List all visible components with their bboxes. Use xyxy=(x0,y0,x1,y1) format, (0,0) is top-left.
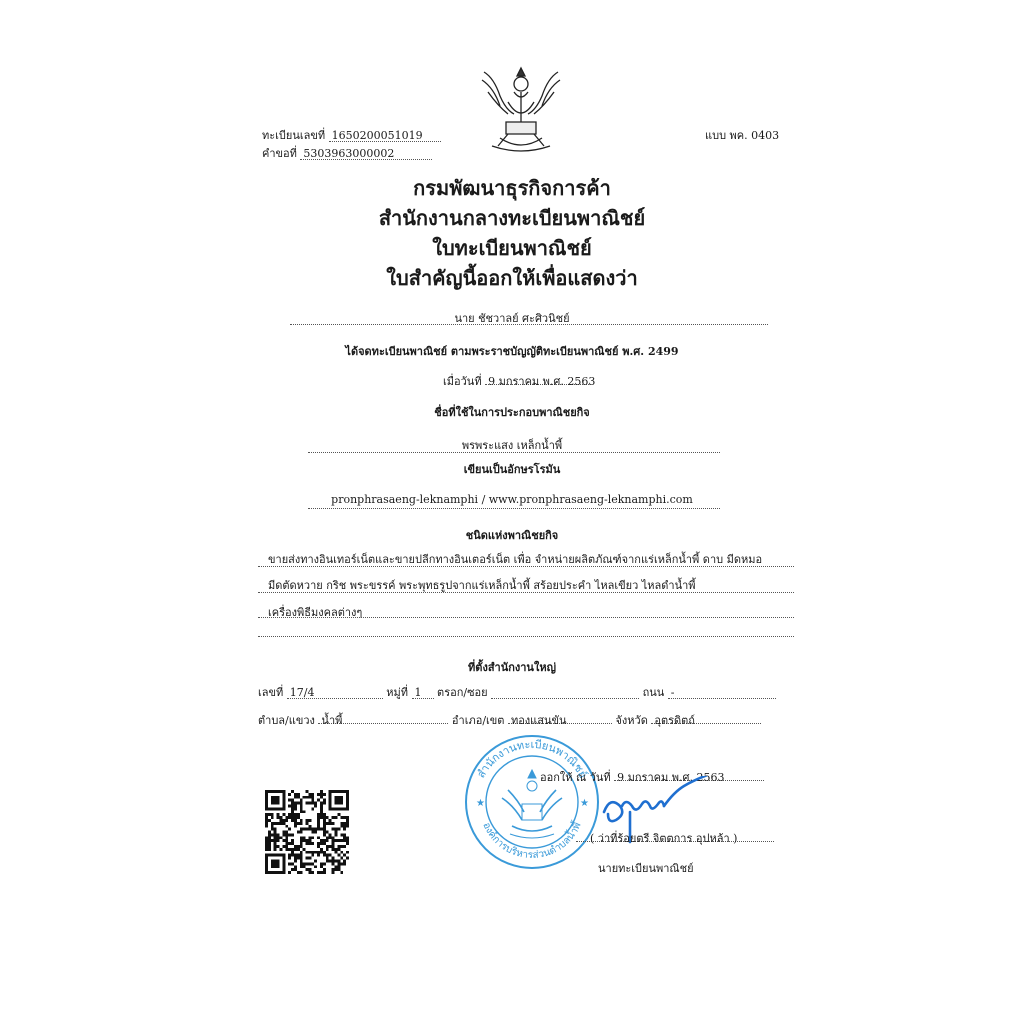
qr-code-icon[interactable] xyxy=(265,790,349,874)
registrant-name-line xyxy=(290,324,768,325)
address-row-1: เลขที่ 17/4 หมู่ที่ 1 ตรอก/ซอย ถนน - xyxy=(258,683,776,701)
moo-label: หมู่ที่ xyxy=(386,686,408,699)
subdistrict: น้ำพี้ xyxy=(318,714,342,727)
district: ทองแสนขัน xyxy=(508,714,567,727)
district-label: อำเภอ/เขต xyxy=(452,714,505,727)
registration-act-text: ได้จดทะเบียนพาณิชย์ ตามพระราชบัญญัติทะเบ… xyxy=(0,342,1024,360)
signer-name: ( ว่าที่ร้อยตรี จิตตการ อุปหล้า ) xyxy=(590,829,737,847)
garuda-emblem-icon xyxy=(478,62,564,154)
address-row-2: ตำบล/แขวง น้ำพี้ อำเภอ/เขต ทองแสนขัน จัง… xyxy=(258,711,761,729)
roman-name-label: เขียนเป็นอักษรโรมัน xyxy=(0,460,1024,478)
svg-text:★: ★ xyxy=(580,798,589,809)
seal-bottom-text: องค์การบริหารส่วนตำบลน้ำพี้ xyxy=(480,819,584,861)
business-name-label: ชื่อที่ใช้ในการประกอบพาณิชยกิจ xyxy=(0,403,1024,421)
house-no-label: เลขที่ xyxy=(258,686,283,699)
registration-date-label: เมื่อวันที่ xyxy=(443,375,482,388)
province: อุตรดิตถ์ xyxy=(651,714,695,727)
business-type-dotline-1 xyxy=(258,566,794,567)
request-number: 5303963000002 xyxy=(300,147,394,160)
registration-date-field: เมื่อวันที่ 9 มกราคม พ.ศ. 2563 xyxy=(443,372,589,390)
official-seal-icon: ★ ★ สำนักงานทะเบียนพาณิชย์ องค์การบริหาร… xyxy=(462,732,602,872)
registration-date: 9 มกราคม พ.ศ. 2563 xyxy=(485,375,595,388)
request-number-field: คำขอที่ 5303963000002 xyxy=(262,144,432,162)
department-title: กรมพัฒนาธุรกิจการค้า xyxy=(0,172,1024,204)
address-label: ที่ตั้งสำนักงานใหญ่ xyxy=(0,658,1024,676)
registration-number-label: ทะเบียนเลขที่ xyxy=(262,129,325,142)
registration-number: 1650200051019 xyxy=(329,129,423,142)
request-number-label: คำขอที่ xyxy=(262,147,297,160)
province-label: จังหวัด xyxy=(615,714,647,727)
road: - xyxy=(668,686,675,699)
business-type-dotline-4 xyxy=(258,636,794,637)
subdistrict-label: ตำบล/แขวง xyxy=(258,714,315,727)
svg-text:★: ★ xyxy=(476,798,485,809)
business-type-dotline-3 xyxy=(258,617,794,618)
business-type-label: ชนิดแห่งพาณิชยกิจ xyxy=(0,526,1024,544)
soi xyxy=(491,686,494,699)
soi-label: ตรอก/ซอย xyxy=(437,686,488,699)
roman-name-line xyxy=(308,508,720,509)
registration-number-field: ทะเบียนเลขที่ 1650200051019 xyxy=(262,126,441,144)
business-type-line-3: เครื่องพิธีมงคลต่างๆ xyxy=(268,603,362,621)
house-no: 17/4 xyxy=(287,686,315,699)
certificate-title: ใบทะเบียนพาณิชย์ xyxy=(0,232,1024,264)
moo: 1 xyxy=(412,686,422,699)
svg-text:องค์การบริหารส่วนตำบลน้ำพี้: องค์การบริหารส่วนตำบลน้ำพี้ xyxy=(480,819,584,861)
business-type-dotline-2 xyxy=(258,592,794,593)
signer-title: นายทะเบียนพาณิชย์ xyxy=(598,859,694,877)
form-code: แบบ พค. 0403 xyxy=(705,126,779,144)
office-title: สำนักงานกลางทะเบียนพาณิชย์ xyxy=(0,202,1024,234)
road-label: ถนน xyxy=(643,686,665,699)
roman-name: pronphrasaeng-leknamphi / www.pronphrasa… xyxy=(0,493,1024,506)
business-name-line xyxy=(308,452,720,453)
statement-title: ใบสำคัญนี้ออกให้เพื่อแสดงว่า xyxy=(0,262,1024,294)
